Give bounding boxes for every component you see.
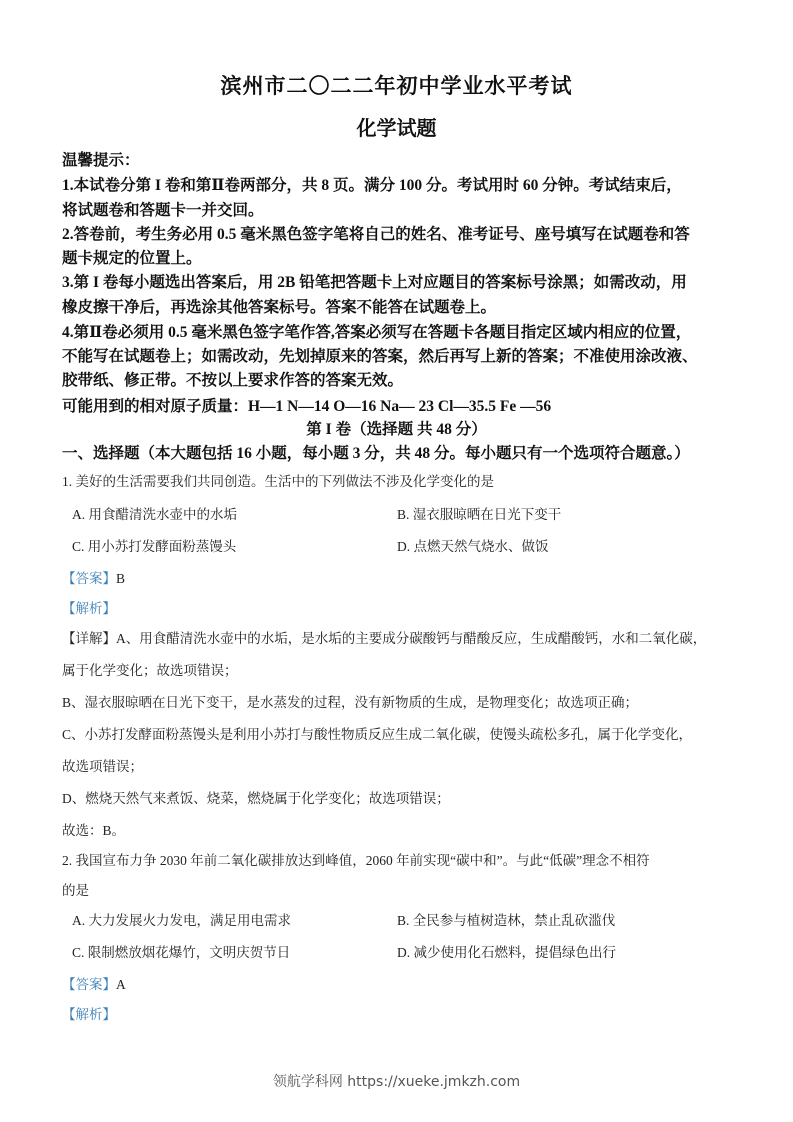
notice-line: 胶带纸、修正带。不按以上要求作答的答案无效。: [62, 368, 403, 390]
notice-line: 不能写在试题卷上；如需改动，先划掉原来的答案，然后再写上新的答案；不准使用涂改液…: [62, 344, 698, 366]
section-instruction: 一、选择题（本大题包括 16 小题，每小题 3 分，共 48 分。每小题只有一个…: [62, 441, 690, 463]
question-2-option-d: D. 减少使用化石燃料，提倡绿色出行: [397, 941, 616, 961]
question-1-option-c: C. 用小苏打发酵面粉蒸馒头: [72, 535, 236, 555]
notice-line: 橡皮擦干净后，再选涂其他答案标号。答案不能答在试题卷上。: [62, 295, 496, 317]
question-1-stem: 1. 美好的生活需要我们共同创造。生活中的下列做法不涉及化学变化的是: [62, 470, 494, 490]
detail-line: 故选：B。: [62, 819, 125, 839]
answer-value: A: [116, 977, 126, 992]
exam-subtitle: 化学试题: [0, 112, 793, 141]
question-2-stem: 2. 我国宣布力争 2030 年前二氧化碳排放达到峰值，2060 年前实现“碳中…: [62, 849, 650, 869]
question-1-detail: 【详解】A、用食醋清洗水壶中的水垢，是水垢的主要成分碳酸钙与醋酸反应，生成醋酸钙…: [62, 627, 706, 647]
notice-heading: 温馨提示：: [62, 148, 140, 170]
notice-line: 2.答卷前，考生务必用 0.5 毫米黑色签字笔将自己的姓名、准考证号、座号填写在…: [62, 222, 690, 244]
notice-line: 题卡规定的位置上。: [62, 246, 202, 268]
question-1-answer: 【答案】B: [62, 567, 125, 587]
notice-line: 3.第 I 卷每小题选出答案后，用 2B 铅笔把答题卡上对应题目的答案标号涂黑；…: [62, 270, 687, 292]
question-2-option-c: C. 限制燃放烟花爆竹，文明庆贺节日: [72, 941, 290, 961]
question-1-analysis-tag: 【解析】: [62, 597, 116, 617]
atomic-masses: 可能用到的相对原子质量：H—1 N—14 O—16 Na— 23 Cl—35.5…: [62, 394, 551, 416]
watermark-footer: 领航学科网 https://xueke.jmkzh.com: [0, 1071, 793, 1091]
question-1-option-a: A. 用食醋清洗水壶中的水垢: [72, 503, 237, 523]
exam-title: 滨州市二〇二二年初中学业水平考试: [0, 70, 793, 100]
detail-line: D、燃烧天然气来煮饭、烧菜，燃烧属于化学变化；故选项错误；: [62, 787, 450, 807]
question-2-option-a: A. 大力发展火力发电，满足用电需求: [72, 909, 291, 929]
detail-line: C、小苏打发酵面粉蒸馒头是利用小苏打与酸性物质反应生成二氧化碳，使馒头疏松多孔，…: [62, 723, 692, 743]
detail-line: 属于化学变化；故选项错误；: [62, 659, 238, 679]
question-2-analysis-tag: 【解析】: [62, 1003, 116, 1023]
detail-tag: 【详解】: [62, 631, 116, 646]
question-1-option-b: B. 湿衣服晾晒在日光下变干: [397, 503, 561, 523]
question-2-stem-cont: 的是: [62, 879, 89, 899]
exam-page: 滨州市二〇二二年初中学业水平考试 化学试题 温馨提示： 1.本试卷分第 I 卷和…: [0, 0, 793, 1122]
question-1-option-d: D. 点燃天然气烧水、做饭: [397, 535, 549, 555]
notice-line: 1.本试卷分第 I 卷和第Ⅱ卷两部分，共 8 页。满分 100 分。考试用时 6…: [62, 173, 682, 195]
answer-tag: 【答案】: [62, 571, 116, 586]
notice-line: 4.第Ⅱ卷必须用 0.5 毫米黑色签字笔作答,答案必须写在答题卡各题目指定区域内…: [62, 320, 691, 342]
detail-line: A、用食醋清洗水壶中的水垢，是水垢的主要成分碳酸钙与醋酸反应，生成醋酸钙，水和二…: [116, 631, 706, 646]
section-title: 第 I 卷（选择题 共 48 分）: [0, 417, 793, 439]
detail-line: B、湿衣服晾晒在日光下变干，是水蒸发的过程，没有新物质的生成，是物理变化；故选项…: [62, 691, 638, 711]
question-2-option-b: B. 全民参与植树造林，禁止乱砍滥伐: [397, 909, 615, 929]
question-2-answer: 【答案】A: [62, 973, 126, 993]
answer-tag: 【答案】: [62, 977, 116, 992]
answer-value: B: [116, 571, 125, 586]
detail-line: 故选项错误；: [62, 755, 143, 775]
notice-line: 将试题卷和答题卡一并交回。: [62, 198, 264, 220]
